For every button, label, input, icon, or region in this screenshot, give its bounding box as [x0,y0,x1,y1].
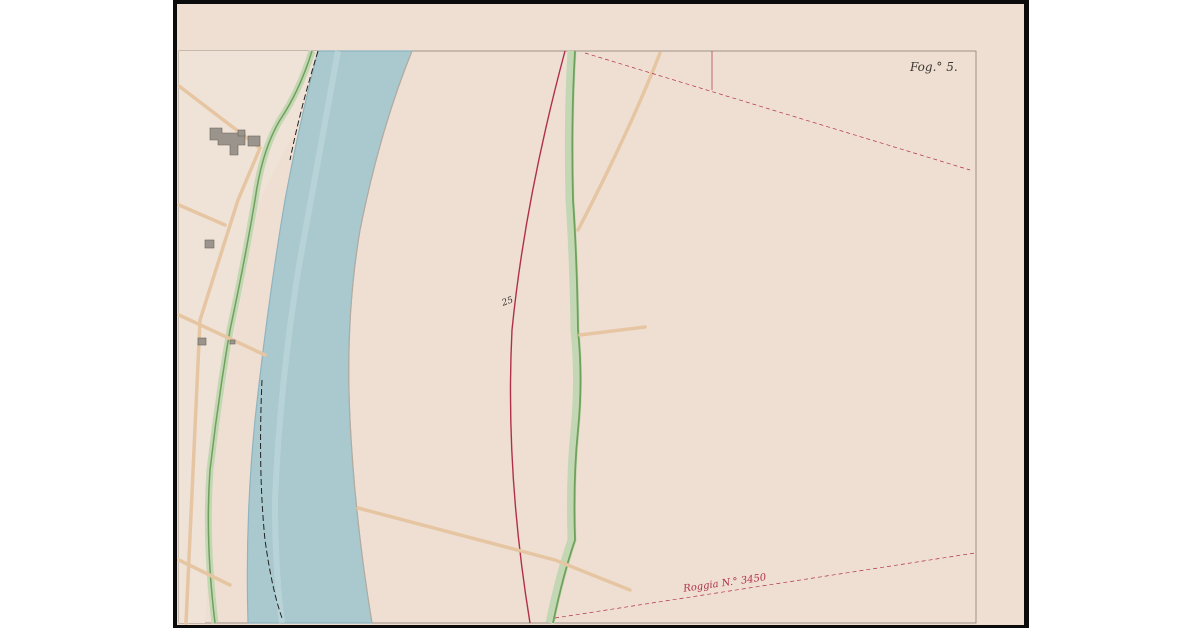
red-boundary [510,51,565,623]
property-boundaries [555,53,975,618]
map-drawing [0,0,1200,628]
canal-center [550,51,578,623]
page-label: Fog.° 5. [910,60,958,74]
